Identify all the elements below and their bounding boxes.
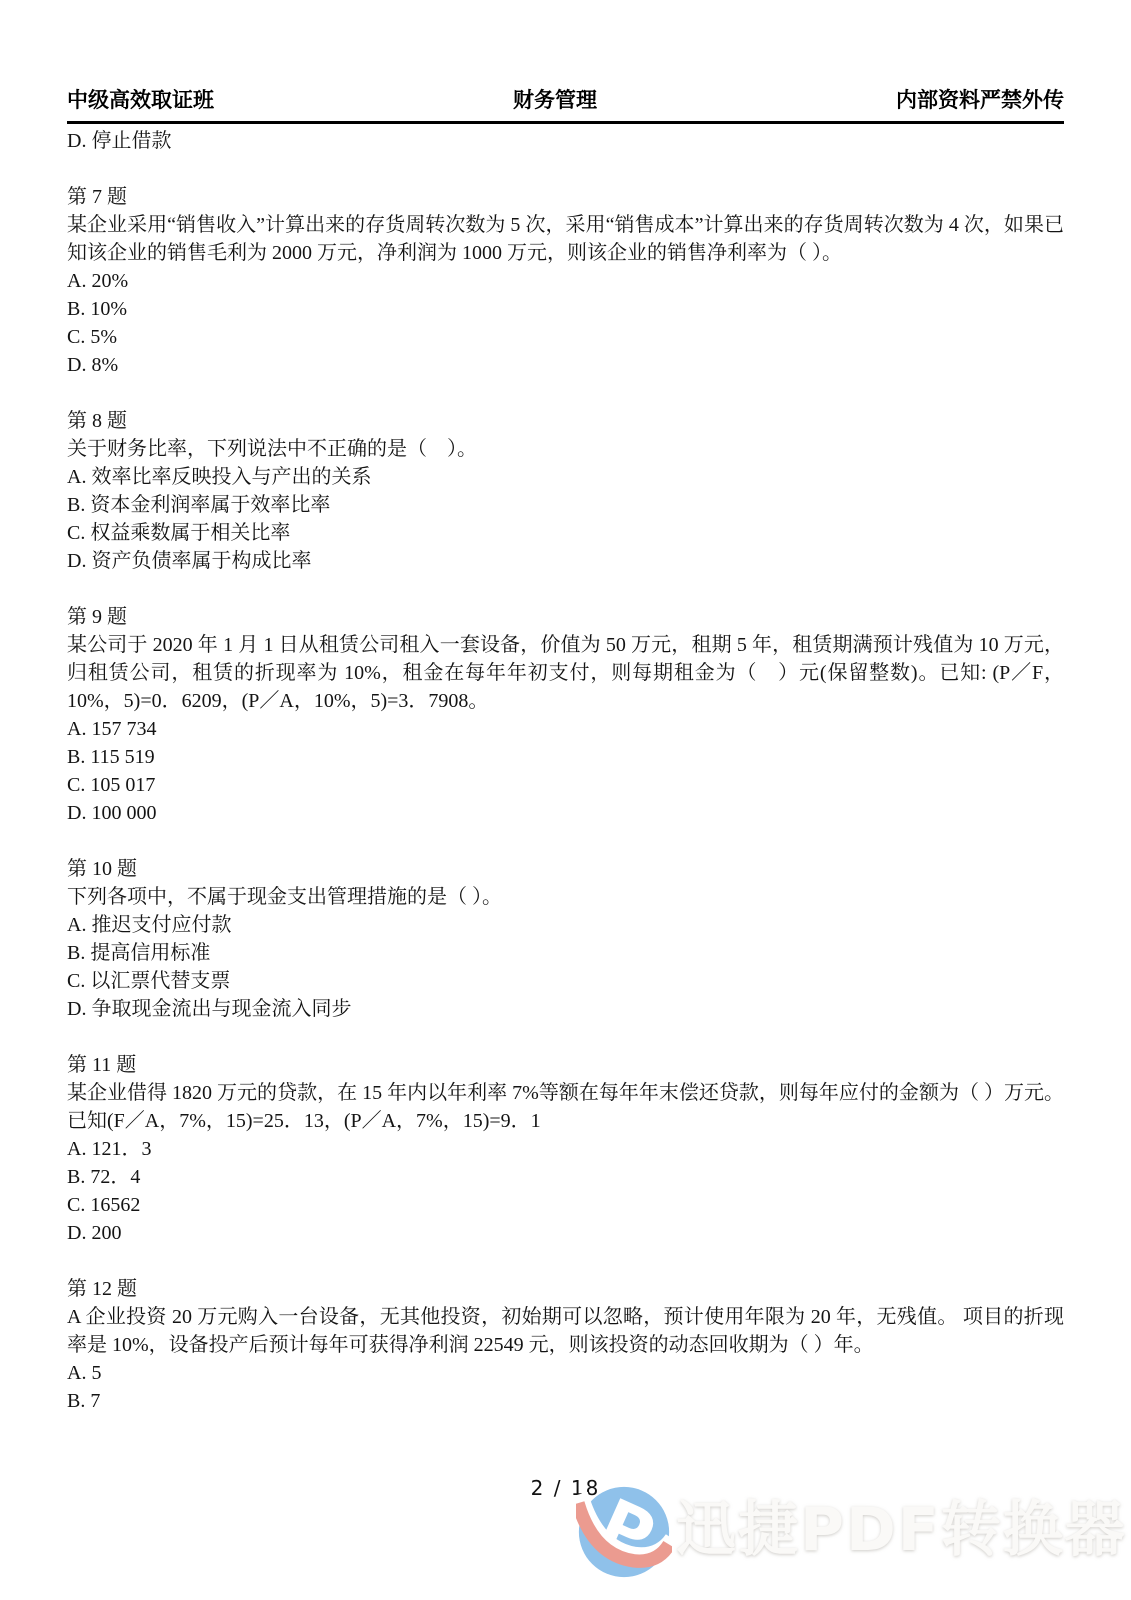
answer-option: C. 以汇票代替支票 [67, 967, 1064, 995]
question-number: 第 11 题 [67, 1051, 1064, 1079]
question-block: 第 7 题某企业采用“销售收入”计算出来的存货周转次数为 5 次，采用“销售成本… [67, 183, 1064, 379]
answer-option: D. 8% [67, 351, 1064, 379]
pdf-converter-logo-icon: P [576, 1484, 672, 1580]
question-stem: 某公司于 2020 年 1 月 1 日从租赁公司租入一套设备，价值为 50 万元… [67, 631, 1064, 715]
answer-option: D. 资产负债率属于构成比率 [67, 547, 1064, 575]
carryover-option: D. 停止借款 [67, 127, 1064, 155]
header-course-label: 中级高效取证班 [67, 84, 214, 114]
answer-option: D. 100 000 [67, 799, 1064, 827]
question-block: 第 12 题A 企业投资 20 万元购入一台设备，无其他投资，初始期可以忽略，预… [67, 1275, 1064, 1415]
answer-option: A. 157 734 [67, 715, 1064, 743]
question-stem: 某企业采用“销售收入”计算出来的存货周转次数为 5 次，采用“销售成本”计算出来… [67, 211, 1064, 267]
question-stem: 下列各项中，不属于现金支出管理措施的是（ ）。 [67, 883, 1064, 911]
answer-option: A. 20% [67, 267, 1064, 295]
question-number: 第 9 题 [67, 603, 1064, 631]
answer-option: D. 200 [67, 1219, 1064, 1247]
answer-option: A. 效率比率反映投入与产出的关系 [67, 463, 1064, 491]
question-stem: A 企业投资 20 万元购入一台设备，无其他投资，初始期可以忽略，预计使用年限为… [67, 1303, 1064, 1359]
question-number: 第 12 题 [67, 1275, 1064, 1303]
watermark-text: 迅捷PDF转换器 [676, 1484, 1127, 1576]
answer-option: A. 推迟支付应付款 [67, 911, 1064, 939]
answer-option: B. 72．4 [67, 1163, 1064, 1191]
document-page: 中级高效取证班 财务管理 内部资料严禁外传 D. 停止借款 第 7 题某企业采用… [0, 0, 1131, 1600]
answer-option: A. 121．3 [67, 1135, 1064, 1163]
question-block: 第 11 题某企业借得 1820 万元的贷款，在 15 年内以年利率 7%等额在… [67, 1051, 1064, 1247]
answer-option: B. 115 519 [67, 743, 1064, 771]
question-block: 第 8 题关于财务比率，下列说法中不正确的是（ ）。A. 效率比率反映投入与产出… [67, 407, 1064, 575]
page-header: 中级高效取证班 财务管理 内部资料严禁外传 [67, 0, 1064, 124]
answer-option: A. 5 [67, 1359, 1064, 1387]
question-number: 第 8 题 [67, 407, 1064, 435]
questions-list: 第 7 题某企业采用“销售收入”计算出来的存货周转次数为 5 次，采用“销售成本… [67, 183, 1064, 1415]
question-stem: 关于财务比率，下列说法中不正确的是（ ）。 [67, 435, 1064, 463]
answer-option: D. 争取现金流出与现金流入同步 [67, 995, 1064, 1023]
question-number: 第 7 题 [67, 183, 1064, 211]
question-number: 第 10 题 [67, 855, 1064, 883]
answer-option: B. 资本金利润率属于效率比率 [67, 491, 1064, 519]
answer-option: B. 10% [67, 295, 1064, 323]
question-block: 第 10 题下列各项中，不属于现金支出管理措施的是（ ）。A. 推迟支付应付款B… [67, 855, 1064, 1023]
answer-option: B. 7 [67, 1387, 1064, 1415]
question-block: 第 9 题某公司于 2020 年 1 月 1 日从租赁公司租入一套设备，价值为 … [67, 603, 1064, 827]
header-subject-label: 财务管理 [513, 84, 597, 114]
answer-option: C. 105 017 [67, 771, 1064, 799]
answer-option: C. 16562 [67, 1191, 1064, 1219]
answer-option: C. 5% [67, 323, 1064, 351]
question-stem: 某企业借得 1820 万元的贷款，在 15 年内以年利率 7%等额在每年年末偿还… [67, 1079, 1064, 1135]
header-confidential-label: 内部资料严禁外传 [896, 84, 1064, 114]
answer-option: B. 提高信用标准 [67, 939, 1064, 967]
watermark: P 迅捷PDF转换器 [576, 1484, 1127, 1580]
answer-option: C. 权益乘数属于相关比率 [67, 519, 1064, 547]
